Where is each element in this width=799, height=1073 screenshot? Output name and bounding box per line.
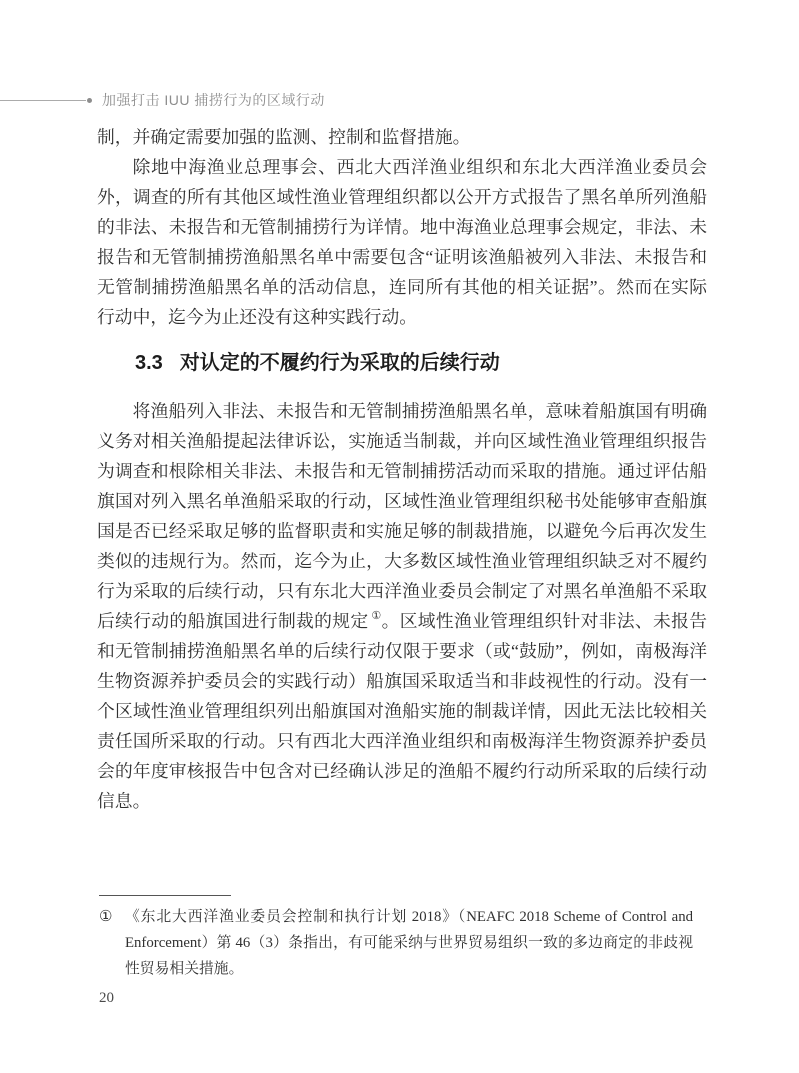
footnote-text: 《东北大西洋渔业委员会控制和执行计划 2018》（NEAFC 2018 Sche… (125, 904, 693, 982)
header-bullet-icon (87, 98, 92, 103)
running-header-title: 加强打击 IUU 捕捞行为的区域行动 (102, 90, 325, 110)
paragraph-1: 除地中海渔业总理事会、西北大西洋渔业组织和东北大西洋渔业委员会外，调查的所有其他… (97, 152, 707, 332)
footnote-marker: ① (99, 904, 125, 982)
paragraph-2: 将渔船列入非法、未报告和无管制捕捞渔船黑名单，意味着船旗国有明确义务对相关渔船提… (97, 396, 707, 816)
section-number: 3.3 (135, 352, 163, 374)
footnote-divider (99, 895, 231, 896)
page-content: 制，并确定需要加强的监测、控制和监督措施。 除地中海渔业总理事会、西北大西洋渔业… (97, 122, 707, 816)
section-heading: 3.3对认定的不履约行为采取的后续行动 (135, 349, 707, 377)
section-title: 对认定的不履约行为采取的后续行动 (180, 352, 500, 374)
footnote-reference-icon: ① (371, 610, 381, 622)
paragraph-2-text-continued: 。区域性渔业管理组织针对非法、未报告和无管制捕捞渔船黑名单的后续行动仅限于要求（… (97, 611, 707, 811)
running-header: 加强打击 IUU 捕捞行为的区域行动 (0, 90, 325, 110)
page-number: 20 (99, 990, 114, 1007)
header-rule-line (0, 100, 86, 101)
document-page: 加强打击 IUU 捕捞行为的区域行动 制，并确定需要加强的监测、控制和监督措施。… (0, 0, 799, 1073)
paragraph-2-text: 将渔船列入非法、未报告和无管制捕捞渔船黑名单，意味着船旗国有明确义务对相关渔船提… (97, 401, 707, 631)
footnote: ① 《东北大西洋渔业委员会控制和执行计划 2018》（NEAFC 2018 Sc… (99, 904, 693, 982)
paragraph-continuation: 制，并确定需要加强的监测、控制和监督措施。 (97, 122, 707, 152)
